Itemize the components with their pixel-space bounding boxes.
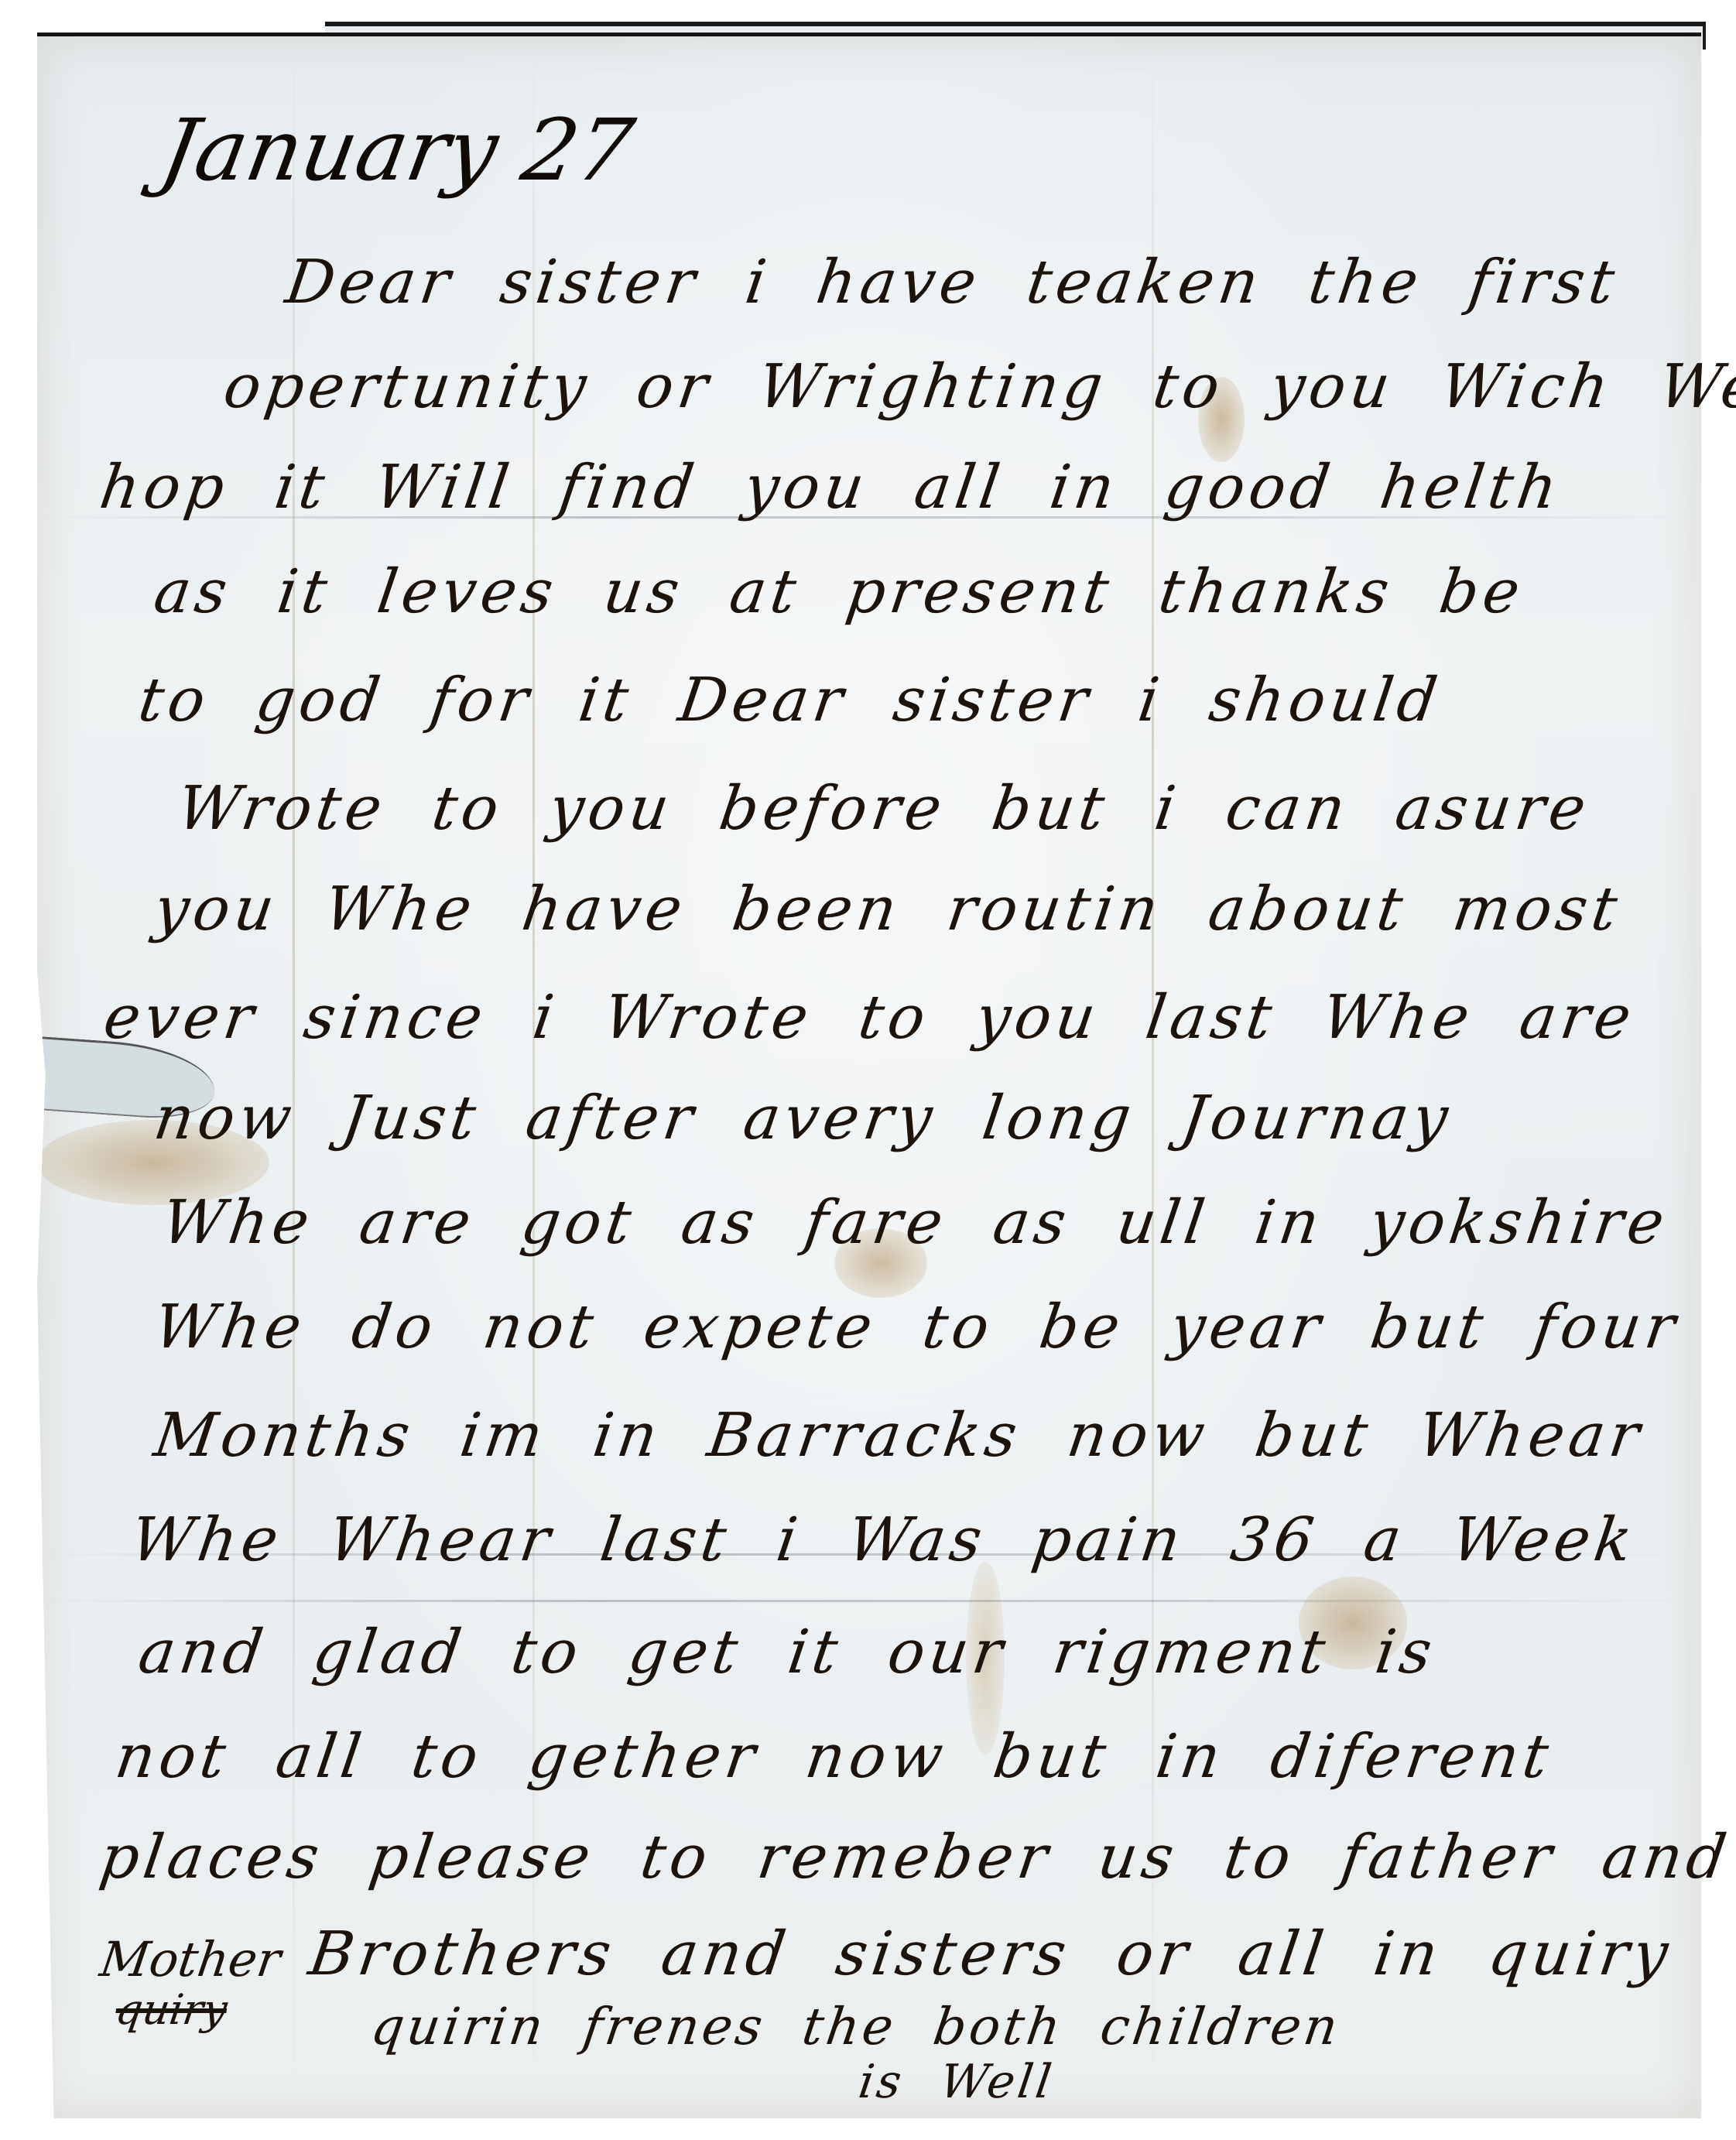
letter-line: Whe Whear last i Was pain 36 a Week bbox=[127, 1505, 1641, 1575]
fold-crease bbox=[293, 36, 295, 2118]
margin-note-mother: Mother bbox=[97, 1931, 284, 1988]
letter-line: now Just after avery long Journay bbox=[150, 1084, 1457, 1153]
letter-page bbox=[37, 33, 1701, 2118]
letter-line: places please to remeber us to father an… bbox=[96, 1823, 1735, 1892]
letter-line: not all to gether now but in diferent bbox=[111, 1722, 1557, 1792]
letter-line: Whe are got as fare as ull in yokshire bbox=[158, 1188, 1673, 1258]
letter-line: Dear sister i have teaken the first bbox=[282, 248, 1623, 317]
margin-note-struck: quiry bbox=[113, 1985, 231, 2034]
letter-line: and glad to get it our rigment is bbox=[135, 1618, 1441, 1687]
letter-line: you Whe have been routin about most bbox=[150, 875, 1626, 944]
fold-crease bbox=[532, 36, 535, 2118]
letter-line: Whe do not expete to be year but four bbox=[150, 1293, 1684, 1362]
letter-line: opertunity or Wrighting to you Wich Wee bbox=[220, 352, 1736, 422]
letter-closing: is Well bbox=[855, 2055, 1058, 2109]
letter-line: as it leves us at present thanks be bbox=[150, 557, 1529, 627]
fold-crease bbox=[37, 1600, 1701, 1602]
letter-line: quirin frenes the both children bbox=[368, 1997, 1344, 2056]
letter-line: Months im in Barracks now but Whear bbox=[150, 1401, 1649, 1471]
letter-line: hop it Will find you all in good helth bbox=[96, 453, 1567, 522]
letter-line: ever since i Wrote to you last Whe are bbox=[100, 983, 1640, 1053]
fold-crease bbox=[1152, 36, 1154, 2118]
letter-date: January 27 bbox=[154, 101, 641, 200]
letter-line: to god for it Dear sister i should bbox=[135, 666, 1446, 735]
letter-line: Wrote to you before but i can asure bbox=[173, 774, 1595, 844]
letter-line: Brothers and sisters or all in quiry bbox=[305, 1919, 1677, 1989]
